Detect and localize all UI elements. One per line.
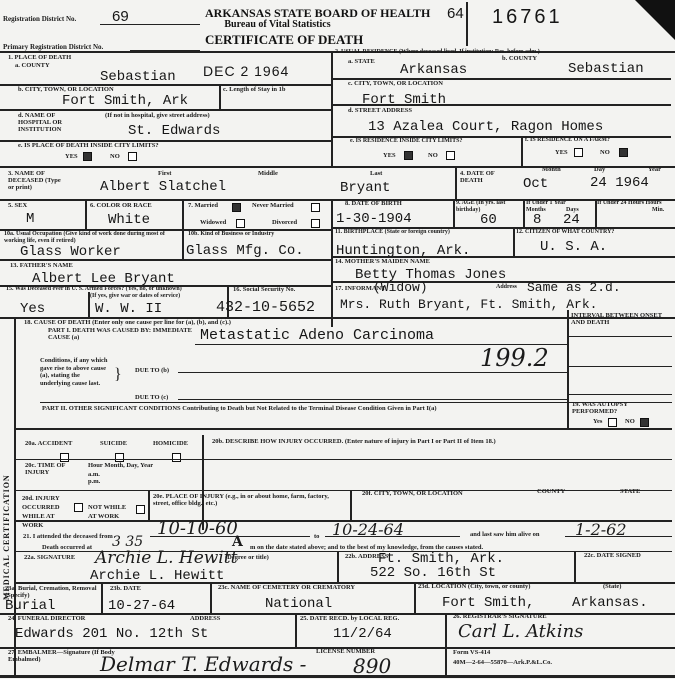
hospital-label: d. NAME OF HOSPITAL OR INSTITUTION (18, 112, 88, 133)
race-value: White (108, 213, 150, 228)
part2-label: PART II. OTHER SIGNIFICANT CONDITIONS Co… (42, 405, 562, 412)
divorced-checkbox[interactable] (311, 219, 320, 228)
armed-forces-value: Yes (20, 302, 45, 317)
death-county: Sebastian (100, 70, 176, 85)
divider (466, 2, 468, 46)
burial-location: Fort Smith, (442, 596, 534, 611)
divider (337, 551, 339, 582)
farm-no-label: NO (600, 149, 610, 156)
death-county-label: a. COUNTY (15, 62, 50, 69)
farm-yes-checkbox[interactable] (574, 148, 583, 157)
age-days: 24 (563, 213, 580, 228)
residence-state: Arkansas (400, 63, 467, 78)
residence-inside-yes-label: YES (383, 152, 396, 159)
industry: Glass Mfg. Co. (186, 244, 304, 259)
divider (219, 84, 221, 109)
received-stamp-date: DEC 2 1964 (203, 64, 289, 79)
divider (202, 435, 204, 530)
death-inside-yes-checkbox[interactable] (83, 152, 92, 161)
not-at-work-checkbox[interactable] (136, 505, 145, 514)
autopsy-no-checkbox[interactable] (640, 418, 649, 427)
hospital-note: (If not in hospital, give street address… (105, 112, 210, 119)
embalmer-signature: Delmar T. Edwards - (100, 652, 306, 676)
divider (567, 336, 672, 337)
registration-district-value: 69 (112, 9, 129, 24)
death-certificate: Registration District No. 69 Primary Reg… (0, 0, 675, 679)
divider (14, 490, 672, 491)
deceased-last: Bryant (340, 181, 390, 196)
divider (210, 583, 212, 613)
attended-label: 21. I attended the deceased from (23, 533, 113, 540)
describe-injury-label: 20b. DESCRIBE HOW INJURY OCCURRED. (Ente… (212, 438, 496, 445)
father-name-label: 13. FATHER'S NAME (10, 262, 73, 269)
funeral-director: Edwards 201 No. 12th St (15, 627, 208, 642)
immediate-cause: Metastatic Adeno Carcinoma (200, 328, 434, 343)
date-of-birth-label: 8. DATE OF BIRTH (345, 200, 402, 207)
divider (14, 459, 672, 460)
autopsy-yes-label: Yes (593, 418, 602, 425)
industry-label: 10b. Kind of Business or Industry (188, 231, 274, 238)
length-of-stay-label: c. Length of Stay in 1b (223, 86, 285, 93)
hospital-name: St. Edwards (128, 124, 220, 139)
residence-state-label: a. STATE (348, 58, 375, 65)
burial-type: Burial (5, 599, 55, 614)
autopsy-label: 19. WAS AUTOPSY PERFORMED? (572, 401, 672, 415)
widowed-label: Widowed (200, 219, 226, 226)
due-to-c-label: DUE TO (c) (135, 394, 168, 401)
cemetery-label: 23c. NAME OF CEMETERY OR CREMATORY (218, 584, 355, 591)
date-received: 11/2/64 (333, 627, 392, 642)
divider (513, 227, 515, 257)
divider (521, 136, 523, 166)
death-city: Fort Smith, Ark (62, 94, 188, 109)
divider (182, 229, 184, 259)
due-to-b-label: DUE TO (b) (135, 367, 169, 374)
divider (100, 24, 200, 25)
burial-state-label: (State) (603, 583, 621, 590)
burial-date-label: 23b. DATE (110, 585, 141, 592)
divider (455, 166, 457, 199)
under-24-hours-label: If Under 24 Hours Hours (597, 200, 673, 207)
accident-label: 20a. ACCIDENT (25, 440, 72, 447)
time-of-injury-label: 20c. TIME OF INJURY (25, 462, 80, 476)
married-label: 7. Married (188, 202, 218, 209)
ssn-label: 16. Social Security No. (233, 286, 295, 293)
citizen: U. S. A. (540, 240, 607, 255)
divider (523, 199, 525, 227)
death-occurred-label: Death occurred at (42, 544, 92, 551)
informant-address-label: Address (496, 284, 517, 291)
birthplace-label: 11. BIRTHPLACE (State or foreign country… (335, 229, 450, 236)
degree-label: (Degree or title) (225, 554, 269, 561)
war-service: W. W. II (95, 302, 162, 317)
part1-label: PART I. DEATH WAS CAUSED BY: IMMEDIATE C… (48, 327, 198, 341)
last-name-label: Last (370, 170, 382, 177)
injury-at-work-label: 20d. INJURY OCCURRED WHILE AT WORK (22, 494, 72, 530)
date-of-birth: 1-30-1904 (336, 212, 412, 227)
armed-forces-note: (If yes, give war or dates of service) (90, 293, 180, 300)
street-address: 13 Azalea Court, Ragon Homes (368, 120, 603, 135)
physician-address-line2: 522 So. 16th St (370, 566, 496, 581)
death-occurred-text: m on the date stated above; and to the b… (250, 544, 483, 551)
burial-type-label: 23a. Burial, Cremation, Removal (Specify… (5, 585, 100, 599)
month-label: Month (542, 166, 561, 173)
deceased-name-label: 3. NAME OF DECEASED (Type or print) (8, 170, 68, 191)
occupation: Glass Worker (20, 245, 121, 260)
autopsy-no-label: NO (625, 418, 635, 425)
day-label: Day (594, 166, 605, 173)
accident-checkbox[interactable] (60, 453, 69, 462)
divider (414, 583, 416, 613)
not-at-work-label: NOT WHILE AT WORK (88, 503, 133, 521)
residence-inside-no-label: NO (428, 152, 438, 159)
residence-inside-city-label: e. IS RESIDENCE INSIDE CITY LIMITS? (350, 138, 462, 145)
date-received-label: 25. DATE RECD. by LOCAL REG. (300, 615, 399, 622)
sex-value: M (26, 212, 34, 227)
injury-county-label: COUNTY (537, 488, 565, 495)
divider (295, 613, 297, 647)
widowed-checkbox[interactable] (236, 219, 245, 228)
informant-name: Mrs. Ruth Bryant, Ft. Smith, Ark. (340, 297, 597, 312)
cause-of-death-label: 18. CAUSE OF DEATH (Enter only one cause… (24, 319, 231, 326)
registrar-signature: Carl L. Atkins (458, 621, 583, 642)
sex-label: 5. SEX (8, 202, 27, 209)
residence-city: Fort Smith (362, 93, 446, 108)
divider (148, 490, 150, 520)
death-inside-no-checkbox[interactable] (128, 152, 137, 161)
minutes-label: Min. (652, 207, 664, 214)
homicide-checkbox[interactable] (172, 453, 181, 462)
injury-city-label: 20f. CITY, TOWN, OR LOCATION (362, 490, 463, 497)
divider (178, 372, 567, 373)
death-inside-yes-label: YES (65, 153, 78, 160)
death-inside-no-label: NO (110, 153, 120, 160)
death-month: Oct (523, 177, 548, 192)
divider (14, 428, 672, 430)
residence-inside-no-checkbox[interactable] (446, 151, 455, 160)
residence-county-label: b. COUNTY (502, 55, 537, 62)
divider (350, 490, 352, 520)
divider (88, 292, 90, 317)
occupation-label: 10a. Usual Occupation (Give kind of work… (4, 231, 182, 244)
date-of-death-label: 4. DATE OF DEATH (460, 170, 500, 184)
date-signed-label: 22c. DATE SIGNED (584, 552, 641, 559)
divider (0, 259, 331, 261)
never-married-checkbox[interactable] (311, 203, 320, 212)
farm-yes-label: YES (555, 149, 568, 156)
page-corner-shadow (635, 0, 675, 40)
bureau-title: Bureau of Vital Statistics (205, 19, 350, 30)
divider (574, 551, 576, 582)
informant-address: Same as 2.d. (527, 280, 621, 295)
informant-relation: (Widow) (373, 280, 428, 295)
suicide-checkbox[interactable] (115, 453, 124, 462)
place-of-death-label: 1. PLACE OF DEATH (8, 54, 71, 61)
divider (150, 536, 310, 537)
burial-location-state: Arkansas. (572, 596, 648, 611)
street-address-label: d. STREET ADDRESS (348, 107, 412, 114)
death-day-year: 24 1964 (590, 176, 649, 191)
physician-signature: Archie L. Hewitt (95, 548, 237, 568)
divider (0, 109, 331, 111)
medical-certification-side-label: MEDICAL CERTIFICATION (2, 474, 11, 600)
divider (325, 536, 460, 537)
am-pm-label: a.m. p.m. (88, 471, 108, 485)
divider (565, 536, 672, 537)
form-printer-line: 40M—2-64—55870—Ark.P.&L.Co. (453, 659, 552, 666)
citizen-label: 12. CITIZEN OF WHAT COUNTRY? (516, 229, 614, 236)
divider (85, 199, 87, 229)
farm-no-checkbox[interactable] (619, 148, 628, 157)
cause-code: 199.2 (480, 344, 549, 372)
certificate-title: CERTIFICATE OF DEATH (205, 32, 350, 48)
divider (14, 317, 16, 677)
time-columns-label: Hour Month, Day, Year (88, 462, 153, 469)
divider (453, 199, 455, 227)
age-months: 8 (533, 213, 541, 228)
divider (567, 394, 672, 395)
certificate-number: 16761 (492, 6, 563, 28)
place-of-injury-label: 20e. PLACE OF INJURY (e.g., in or about … (153, 493, 333, 507)
divider (101, 583, 103, 613)
suicide-label: SUICIDE (100, 440, 127, 447)
funeral-director-label: 24. FUNERAL DIRECTOR (8, 615, 85, 622)
burial-date: 10-27-64 (108, 599, 175, 614)
primary-registration-label: Primary Registration District No. (3, 44, 103, 51)
at-work-checkbox[interactable] (74, 503, 83, 512)
divider (331, 51, 333, 166)
age-years: 60 (480, 213, 497, 228)
residence-county: Sebastian (568, 62, 644, 77)
attended-to-label: to (314, 533, 319, 540)
residence-farm-label: f. IS RESIDENCE ON A FARM? (525, 137, 610, 144)
married-checkbox[interactable] (232, 203, 241, 212)
divider (567, 366, 672, 367)
year-label: Year (648, 166, 661, 173)
middle-name-label: Middle (258, 170, 278, 177)
registrar-signature-label: 26. REGISTRAR'S SIGNATURE (453, 613, 547, 620)
race-label: 6. COLOR OR RACE (90, 202, 152, 209)
burial-location-label: 23d. LOCATION (City, town, or county) (418, 583, 530, 590)
funeral-address-label: ADDRESS (190, 615, 220, 622)
never-married-label: Never Married (252, 202, 294, 209)
residence-inside-yes-checkbox[interactable] (404, 151, 413, 160)
death-city-label: b. CITY, TOWN, OR LOCATION (18, 86, 114, 93)
divider (331, 104, 671, 106)
form-number: Form VS-414 (453, 649, 490, 656)
mother-name-label: 14. MOTHER'S MAIDEN NAME (335, 258, 430, 265)
deceased-first-middle: Albert Slatchel (100, 180, 226, 195)
divorced-label: Divorced (272, 219, 297, 226)
brace: } (114, 360, 122, 390)
social-security-number: 432-10-5652 (216, 300, 315, 315)
registration-district-label: Registration District No. (3, 16, 76, 23)
cemetery-name: National (265, 597, 332, 612)
last-alive-label: and last saw him alive on (470, 531, 540, 538)
first-name-label: First (158, 170, 171, 177)
conditions-label: Conditions, if any which gave rise to ab… (40, 357, 110, 387)
homicide-label: HOMICIDE (153, 440, 188, 447)
divider (0, 166, 675, 168)
file-prefix: 64 (447, 6, 464, 21)
bottom-border (0, 675, 675, 678)
divider (331, 199, 333, 327)
residence-city-label: c. CITY, TOWN, OR LOCATION (348, 80, 443, 87)
divider (445, 613, 447, 677)
divider (178, 399, 567, 400)
autopsy-yes-checkbox[interactable] (608, 418, 617, 427)
physician-signature-label: 22a. SIGNATURE (24, 554, 75, 561)
divider (567, 310, 569, 428)
divider (182, 199, 184, 229)
interval-label: INTERVAL BETWEEN ONSET AND DEATH (571, 312, 671, 326)
death-inside-city-label: e. IS PLACE OF DEATH INSIDE CITY LIMITS? (18, 142, 159, 149)
injury-state-label: STATE (620, 488, 640, 495)
